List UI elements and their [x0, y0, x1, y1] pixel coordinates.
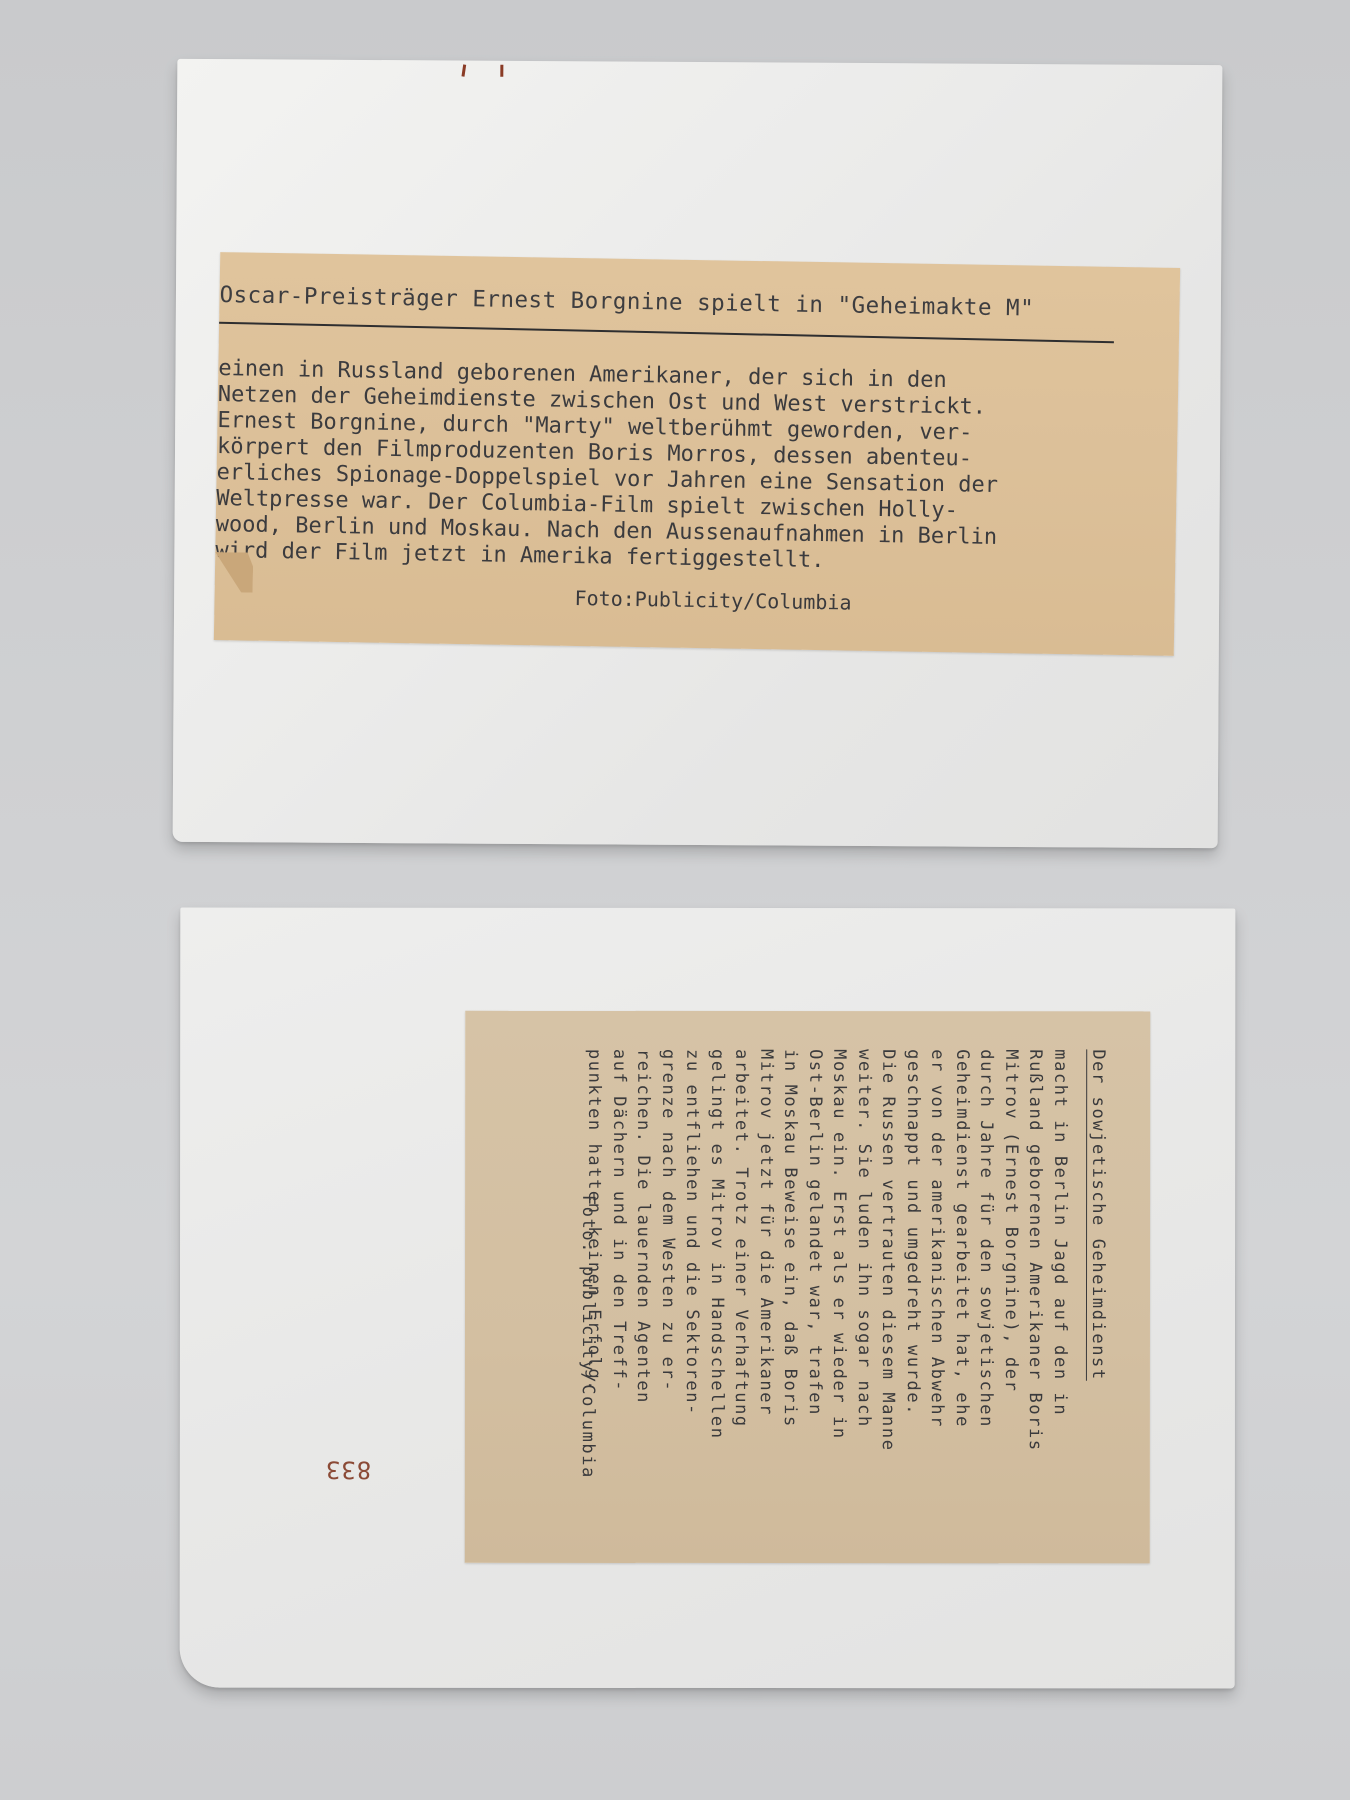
caption-line: gelingt es Mitrov in Handschellen: [704, 1049, 729, 1451]
caption-line: grenze nach dem Westen zu er-: [655, 1049, 680, 1451]
caption-line: reichen. Die lauernden Agenten: [630, 1049, 655, 1451]
caption-slip-bottom: Der sowjetische Geheimdienst macht in Be…: [465, 1011, 1150, 1564]
caption-line: Moskau ein. Erst als er wieder in: [826, 1049, 851, 1451]
pencil-marks: [462, 65, 502, 79]
caption-line: Geheimdienst gearbeitet hat, ehe: [949, 1049, 974, 1451]
headline-underline: [219, 322, 1114, 344]
caption-line: er von der amerikanischen Abwehr: [924, 1049, 949, 1451]
rotated-caption: Der sowjetische Geheimdienst macht in Be…: [487, 1027, 1127, 1548]
caption-line: Mitrov jetzt für die Amerikaner: [753, 1049, 778, 1451]
caption-line: geschnappt und umgedreht wurde.: [900, 1049, 925, 1451]
caption-line: macht in Berlin Jagd auf den in: [1047, 1049, 1072, 1451]
photo-back-top: Oscar-Preisträger Ernest Borgnine spielt…: [173, 59, 1223, 848]
caption-line: auf Dächern und in den Treff-: [606, 1049, 631, 1451]
caption-line: Ost-Berlin gelandet war, trafen: [802, 1049, 827, 1451]
caption-body: macht in Berlin Jagd auf den inRußland g…: [581, 1049, 1071, 1452]
caption-line: Mitrov (Ernest Borgnine), der: [998, 1049, 1023, 1451]
caption-headline: Oscar-Preisträger Ernest Borgnine spielt…: [219, 282, 1034, 322]
photo-back-bottom: Der sowjetische Geheimdienst macht in Be…: [180, 908, 1236, 1689]
stamp-number: 833: [325, 1456, 371, 1484]
caption-line: Rußland geborenen Amerikaner Boris: [1022, 1049, 1047, 1451]
caption-line: in Moskau Beweise ein, daß Boris: [777, 1049, 802, 1451]
caption-title: Der sowjetische Geheimdienst: [1087, 1049, 1107, 1380]
caption-line: zu entfliehen und die Sektoren-: [679, 1049, 704, 1451]
caption-line: weiter. Sie luden ihn sogar nach: [851, 1049, 876, 1451]
caption-body: einen in Russland geborenen Amerikaner, …: [215, 356, 1178, 580]
caption-line: durch Jahre für den sowjetischen: [973, 1049, 998, 1451]
photo-credit: Foto:Publicity/Columbia: [574, 586, 851, 615]
caption-line: Die Russen vertrauten diesem Manne: [875, 1049, 900, 1451]
photo-credit: Foto: publicity/Columbia: [577, 1195, 597, 1479]
folded-corner: [215, 552, 254, 593]
caption-slip-top: Oscar-Preisträger Ernest Borgnine spielt…: [214, 252, 1180, 656]
caption-line: arbeitet. Trotz einer Verhaftung: [728, 1049, 753, 1451]
